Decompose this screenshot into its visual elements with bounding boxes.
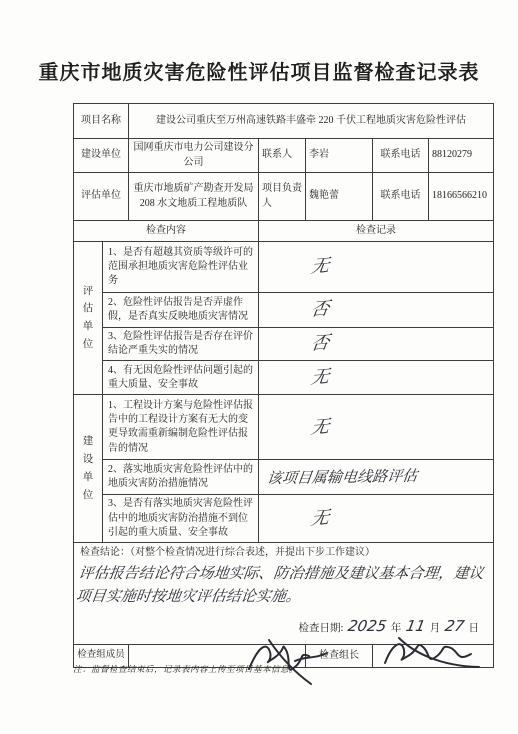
page-title: 重庆市地质灾害危险性评估项目监督检查记录表 — [0, 56, 518, 85]
scanned-form-page: 重庆市地质灾害危险性评估项目监督检查记录表 项目名称 建设公司重庆至万州高速铁路… — [0, 0, 518, 734]
project-leader-name: 魏艳蕾 — [306, 173, 373, 221]
handwritten-answer: 无 — [309, 253, 330, 280]
check-record-value: 无 — [259, 242, 494, 293]
inspection-form-table: 项目名称 建设公司重庆至万州高速铁路丰盛牵 220 千伏工程地质灾害危险性评估 … — [73, 103, 494, 668]
group-label-construction-unit: 建 设 单 位 — [74, 395, 103, 543]
handwritten-conclusion: 评估报告结论符合场地实际、防治措施及建议基本合理，建议项目实施时按地灾评估结论实… — [74, 562, 487, 609]
contact-name: 李岩 — [306, 139, 373, 173]
phone2-value: 18166566210 — [429, 173, 494, 221]
assessment-unit-value: 重庆市地质矿产勘查开发局 208 水文地质工程地质队 — [129, 173, 259, 221]
check-record-value: 无 — [259, 495, 494, 543]
project-name-label: 项目名称 — [74, 104, 129, 139]
conclusion-label: 检查结论：（对整个检查情况进行综合表述，并提出下步工作建议） — [80, 546, 487, 560]
check-item-text: 1、工程设计方案与危险性评估报告中的工程设计方案有无大的变更导致需重新编制危险性… — [103, 395, 259, 460]
conclusion-row: 检查结论：（对整个检查情况进行综合表述，并提出下步工作建议） 评估报告结论符合场… — [74, 542, 494, 644]
phone2-label: 联系电话 — [373, 173, 429, 221]
handwritten-answer: 无 — [309, 414, 330, 441]
checklist-header-row: 检查内容 检查记录 — [74, 221, 494, 242]
construction-unit-value: 国网重庆市电力公司建设分公司 — [129, 139, 259, 173]
content-header: 检查内容 — [74, 221, 259, 242]
record-header: 检查记录 — [259, 221, 494, 242]
check-item-text: 2、落实地质灾害危险性评估中的地质灾害防治措施情况 — [103, 460, 259, 495]
leader-signature-cell — [373, 644, 494, 667]
handwritten-answer: 否 — [309, 296, 330, 323]
check-row: 建 设 单 位 1、工程设计方案与危险性评估报告中的工程设计方案有无大的变更导致… — [74, 395, 494, 460]
conclusion-cell: 检查结论：（对整个检查情况进行综合表述，并提出下步工作建议） 评估报告结论符合场… — [74, 542, 494, 644]
check-record-value: 否 — [259, 293, 494, 328]
handwritten-answer: 无 — [309, 505, 330, 532]
check-record-value: 无 — [259, 361, 494, 395]
phone-label: 联系电话 — [373, 139, 429, 173]
check-row: 2、落实地质灾害危险性评估中的地质灾害防治措施情况 该项目属输电线路评估 — [74, 460, 494, 495]
handwritten-answer: 无 — [309, 364, 330, 391]
check-item-text: 2、危险性评估报告是否弄虚作假，是否真实反映地质灾害情况 — [103, 293, 259, 328]
check-row: 评 估 单 位 1、是否有超越其资质等级许可的范围承担地质灾害危险性评估业务 无 — [74, 242, 494, 293]
check-record-value: 无 — [259, 395, 494, 460]
check-item-text: 3、是否有落实地质灾害危险性评估中的地质灾害防治措施不到位引起的重大质量、安全事… — [103, 495, 259, 543]
check-item-text: 4、有无因危险性评估问题引起的重大质量、安全事故 — [103, 361, 259, 395]
assessment-unit-row: 评估单位 重庆市地质矿产勘查开发局 208 水文地质工程地质队 项目负责人 魏艳… — [74, 173, 494, 221]
check-row: 4、有无因危险性评估问题引起的重大质量、安全事故 无 — [74, 361, 494, 395]
project-leader-label: 项目负责人 — [259, 173, 306, 221]
check-record-value: 该项目属输电线路评估 — [259, 460, 494, 495]
check-item-text: 1、是否有超越其资质等级许可的范围承担地质灾害危险性评估业务 — [103, 242, 259, 293]
check-item-text: 3、危险性评估报告是否存在评价结论严重失实的情况 — [103, 328, 259, 361]
check-record-value: 否 — [259, 328, 494, 361]
project-name-value: 建设公司重庆至万州高速铁路丰盛牵 220 千伏工程地质灾害危险性评估 — [129, 104, 494, 139]
construction-unit-label: 建设单位 — [74, 139, 129, 173]
handwritten-answer: 该项目属输电线路评估 — [266, 465, 419, 489]
assessment-unit-label: 评估单位 — [74, 173, 129, 221]
construction-unit-row: 建设单位 国网重庆市电力公司建设分公司 联系人 李岩 联系电话 88120279 — [74, 139, 494, 173]
phone-value: 88120279 — [429, 139, 494, 173]
group-label-assessment-unit: 评 估 单 位 — [74, 242, 103, 395]
check-row: 3、是否有落实地质灾害危险性评估中的地质灾害防治措施不到位引起的重大质量、安全事… — [74, 495, 494, 543]
date-label: 检查日期: — [299, 623, 344, 634]
check-row: 2、危险性评估报告是否弄虚作假，是否真实反映地质灾害情况 否 — [74, 293, 494, 328]
handwritten-answer: 否 — [309, 331, 330, 358]
member-signature — [239, 637, 331, 687]
check-row: 3、危险性评估报告是否存在评价结论严重失实的情况 否 — [74, 328, 494, 361]
leader-signature — [379, 633, 487, 677]
contact-label: 联系人 — [259, 139, 306, 173]
project-name-row: 项目名称 建设公司重庆至万州高速铁路丰盛牵 220 千伏工程地质灾害危险性评估 — [74, 104, 494, 139]
